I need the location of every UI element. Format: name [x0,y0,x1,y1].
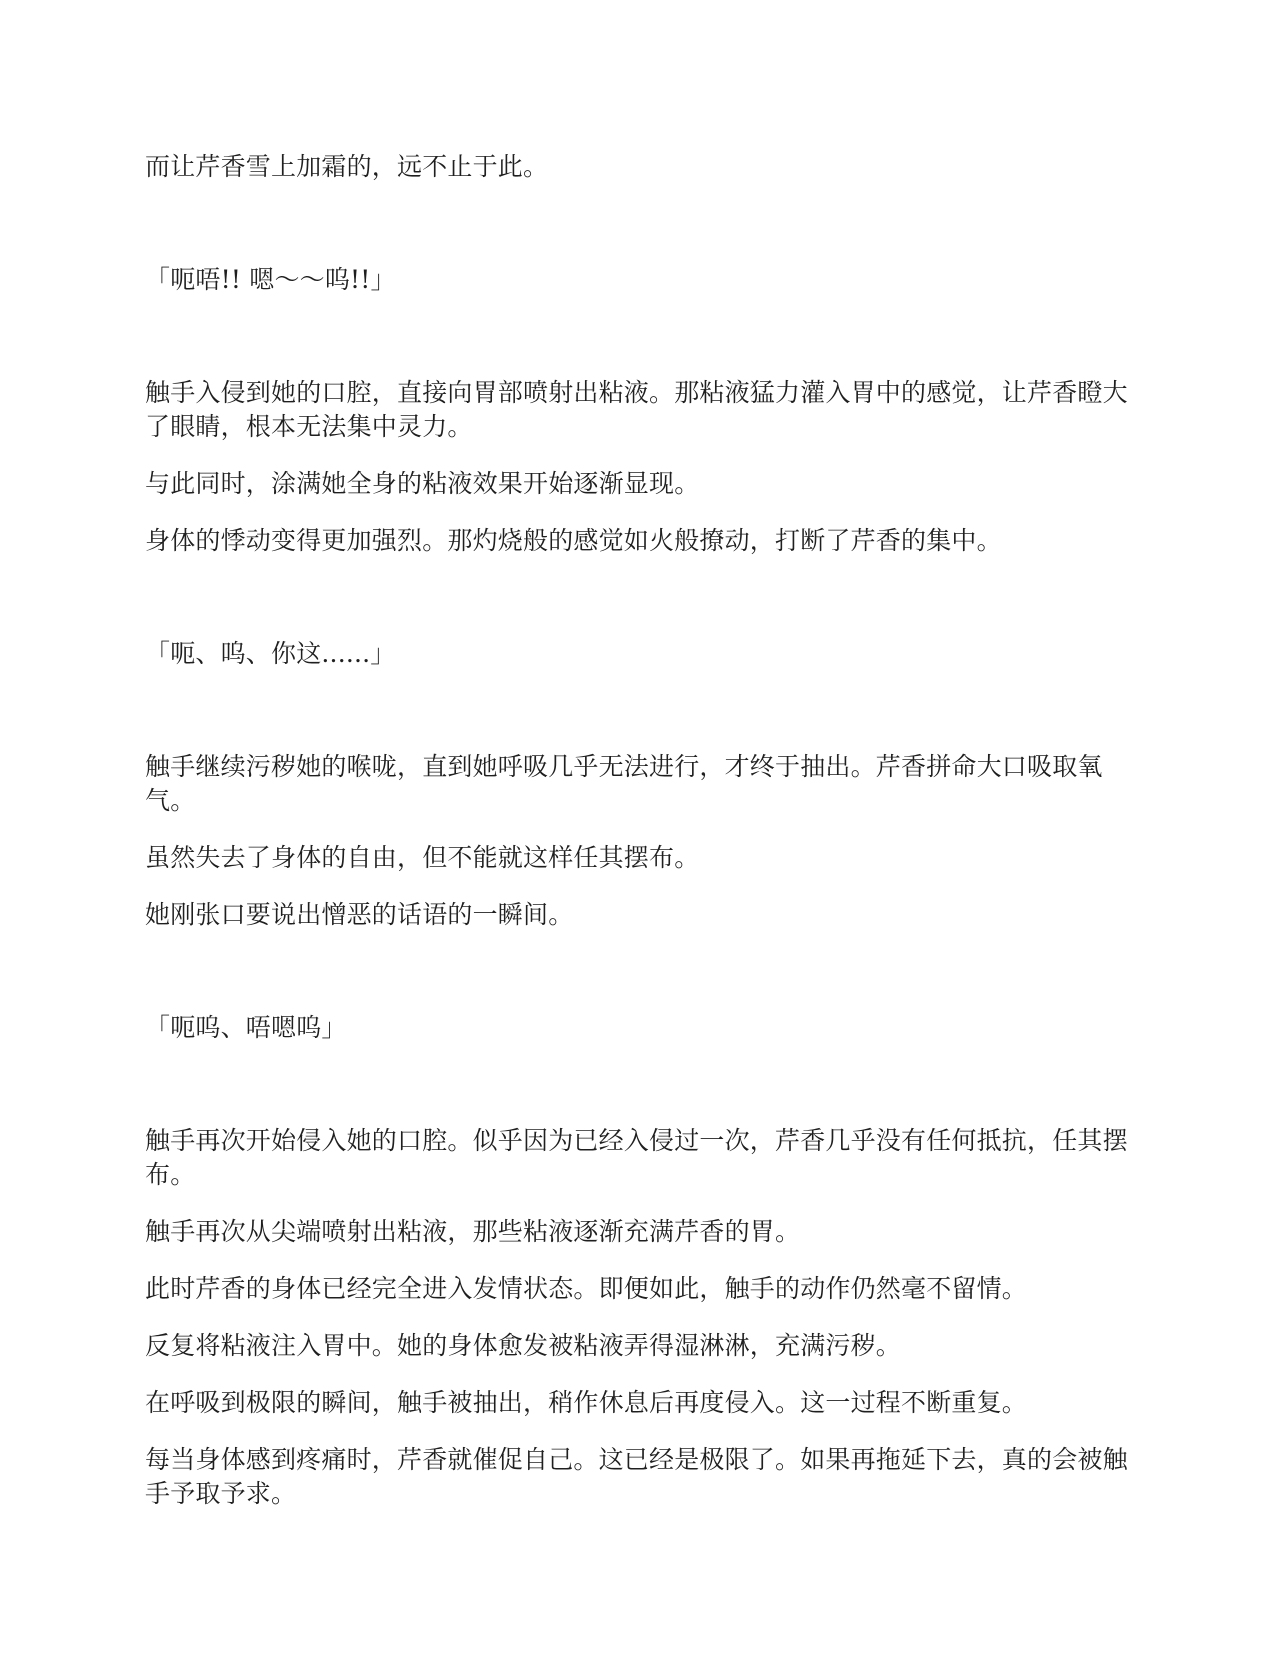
dialogue-paragraph: 「呃呜、唔嗯呜」 [145,1011,1137,1045]
body-paragraph: 在呼吸到极限的瞬间，触手被抽出，稍作休息后再度侵入。这一过程不断重复。 [145,1386,1137,1420]
body-paragraph: 触手再次从尖端喷射出粘液，那些粘液逐渐充满芹香的胃。 [145,1215,1137,1249]
body-paragraph: 虽然失去了身体的自由，但不能就这样任其摆布。 [145,841,1137,875]
dialogue-paragraph: 「呃、呜、你这......」 [145,637,1137,671]
body-paragraph: 反复将粘液注入胃中。她的身体愈发被粘液弄得湿淋淋，充满污秽。 [145,1329,1137,1363]
body-paragraph: 此时芹香的身体已经完全进入发情状态。即便如此，触手的动作仍然毫不留情。 [145,1272,1137,1306]
body-paragraph: 她刚张口要说出憎恶的话语的一瞬间。 [145,898,1137,932]
body-paragraph: 每当身体感到疼痛时，芹香就催促自己。这已经是极限了。如果再拖延下去，真的会被触手… [145,1443,1137,1511]
body-paragraph: 触手继续污秽她的喉咙，直到她呼吸几乎无法进行，才终于抽出。芹香拼命大口吸取氧气。 [145,750,1137,818]
body-paragraph: 身体的悸动变得更加强烈。那灼烧般的感觉如火般撩动，打断了芹香的集中。 [145,524,1137,558]
body-paragraph: 触手入侵到她的口腔，直接向胃部喷射出粘液。那粘液猛力灌入胃中的感觉，让芹香瞪大了… [145,376,1137,444]
body-paragraph: 而让芹香雪上加霜的，远不止于此。 [145,150,1137,184]
dialogue-paragraph: 「呃唔!! 嗯～～呜!!」 [145,263,1137,297]
body-paragraph: 与此同时，涂满她全身的粘液效果开始逐渐显现。 [145,467,1137,501]
body-paragraph: 触手再次开始侵入她的口腔。似乎因为已经入侵过一次，芹香几乎没有任何抵抗，任其摆布… [145,1124,1137,1192]
text-content: 而让芹香雪上加霜的，远不止于此。「呃唔!! 嗯～～呜!!」触手入侵到她的口腔，直… [0,0,1280,1511]
document-page: 而让芹香雪上加霜的，远不止于此。「呃唔!! 嗯～～呜!!」触手入侵到她的口腔，直… [0,0,1280,1656]
